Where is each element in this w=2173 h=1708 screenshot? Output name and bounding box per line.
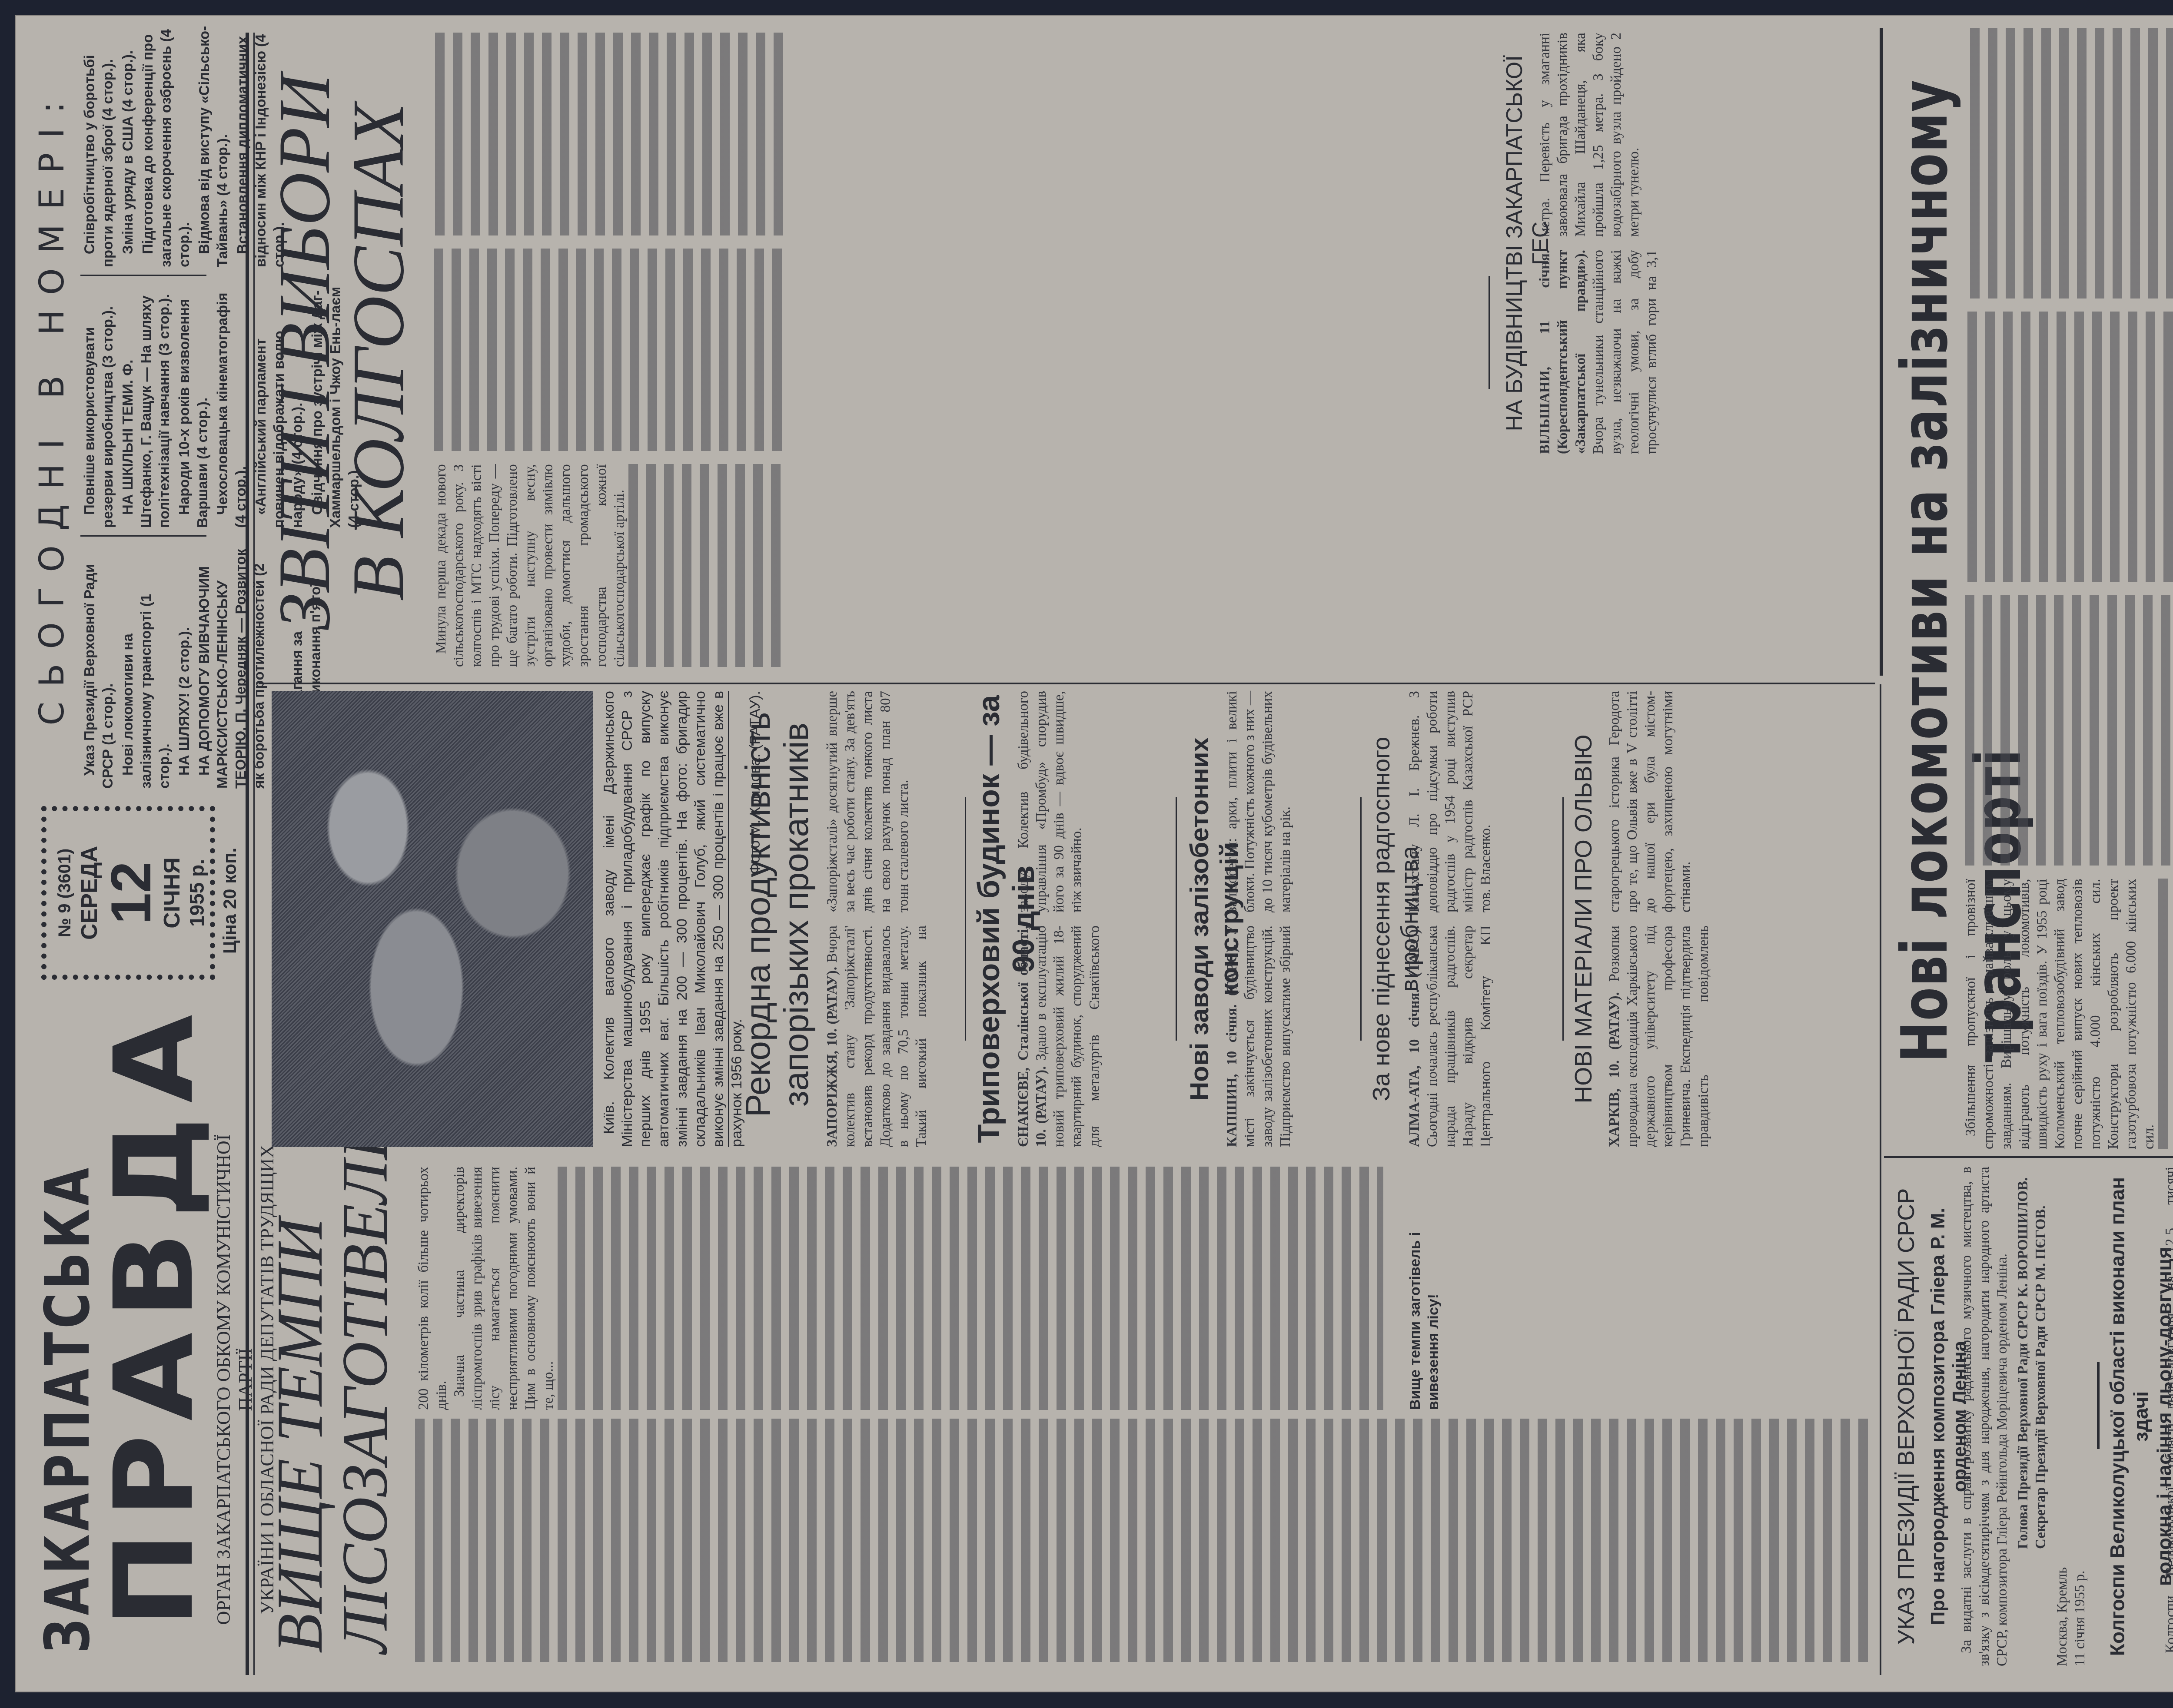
factory-photo	[272, 691, 593, 1147]
divider	[1360, 797, 1362, 1041]
ukaz-place-date: Москва, Кремль 11 січня 1955 р.	[2053, 1449, 2089, 1666]
newspaper-page: ЗАКАРПАТСЬКА ПРАВДА ОРГАН ЗАКАРПАТСЬКОГО…	[15, 15, 2173, 1692]
budynok-body: ЄНАКІЄВЕ, Сталінської області, 10. (РАТА…	[1015, 691, 1167, 1147]
divider	[1176, 797, 1177, 1041]
contents-divider	[80, 535, 206, 537]
column-divider	[259, 683, 1875, 684]
contents-item: НА ШЛЯХУ! (2 стор.).	[175, 545, 193, 789]
divider	[1489, 276, 1490, 389]
issue-number: № 9 (3601)	[55, 816, 75, 970]
contents-item: НА ШКІЛЬНІ ТЕМИ. Ф. Штефанко, Г. Ващук —…	[119, 285, 173, 528]
contents-divider	[80, 275, 206, 276]
contents-item: Повніше використовувати резерви виробниц…	[80, 285, 117, 528]
section-rule	[1880, 28, 1883, 676]
contents-item: Народи 10-х років визволення Варшави (4 …	[175, 285, 212, 528]
olviya-body: ХАРКІВ, 10. (РАТАУ). Розкопки проводила …	[1606, 691, 1849, 1147]
zvity-body: Минула перша декада нового сільськогоспо…	[432, 33, 1484, 667]
issue-weekday: СЕРЕДА	[76, 816, 103, 970]
divider	[2097, 1362, 2100, 1449]
divider	[1562, 797, 1564, 1041]
contents-column-3: Співробітництво у боротьбі проти ядерної…	[80, 24, 290, 267]
lisozagotivli-headline: ВИЩЕ ТЕМПИ ЛІСОЗАГОТІВЕЛЬ	[267, 1132, 398, 1653]
divider	[965, 797, 966, 1041]
lisozagotivli-column-1	[415, 1419, 1871, 1662]
prokatnyky-body: ЗАПОРІЖЖЯ, 10. (РАТАУ). Вчора колектив с…	[824, 691, 954, 1147]
ukaz-headline: УКАЗ ПРЕЗИДІЇ ВЕРХОВНОЇ РАДИ СРСР	[1893, 1167, 1920, 1666]
lon-body: Колгоспи Великолуцької області виконали …	[2162, 1167, 2173, 1666]
contents-item: Підготовка до конференції про загальне с…	[139, 24, 193, 267]
issue-price: Ціна 20 коп.	[219, 848, 240, 954]
contents-title: СЬОГОДНІ В НОМЕРІ:	[33, 20, 72, 793]
contents-item: Нові локомотиви на залізничному транспор…	[119, 545, 173, 789]
divider	[728, 691, 729, 1147]
hes-body: ВІЛЬШАНИ, 11 січня. (Кореспондентський п…	[1536, 33, 1680, 454]
contents-item: Чехословацька кінематографія (4 стор.).	[213, 285, 250, 528]
contents-item: Зміна уряду в США (4 стор.).	[119, 24, 137, 267]
issue-date-box: № 9 (3601) СЕРЕДА 12 СІЧНЯ 1955 р.	[41, 806, 215, 980]
ukaz-body: За видатні заслуги в справі розвитку рад…	[1958, 1167, 2011, 1666]
zvity-headline: ЗВІТИ І ВИБОРИ В КОЛГОСПАХ	[267, 37, 415, 667]
masthead-title-main: ПРАВДА	[100, 1001, 209, 1627]
issue-day: 12	[103, 816, 159, 970]
issue-month: СІЧНЯ	[159, 816, 185, 970]
radgospy-body: АЛМА-АТА, 10 січня. (ТАРС). Сьогодні поч…	[1406, 691, 1554, 1147]
olviya-headline: НОВІ МАТЕРІАЛИ ПРО ОЛЬВІЮ	[1569, 691, 1597, 1147]
lokomotyvy-body: Збільшення пропускної і провізної спромо…	[1962, 28, 2173, 1149]
lisozagotivli-closing: Вище темпи заготівель і вивезення лісу!	[1406, 1167, 1442, 1410]
ukaz-signatures: Голова Президії Верховної Ради СРСР К. В…	[2014, 1167, 2050, 1549]
contents-item: Указ Президії Верховної Ради СРСР (1 сто…	[80, 545, 117, 789]
masthead-rule	[246, 33, 255, 1675]
lisozagotivli-column-2: 200 кілометрів колії більше чотирьох дні…	[415, 1167, 1402, 1410]
contents-item: Відмова від виступу «Сільсько-Тайвань» (…	[195, 24, 232, 267]
zalizobeton-body: КАПШИН, 10 січня. (ТАРС). У місті закінч…	[1223, 691, 1354, 1147]
section-rule	[1880, 684, 1881, 1675]
contents-item: Співробітництво у боротьбі проти ядерної…	[80, 24, 117, 267]
column-divider	[1884, 1156, 2173, 1158]
prokatnyky-headline: Рекордна продуктивність запорізьких прок…	[739, 697, 815, 1132]
issue-year: 1955 р.	[185, 816, 209, 970]
